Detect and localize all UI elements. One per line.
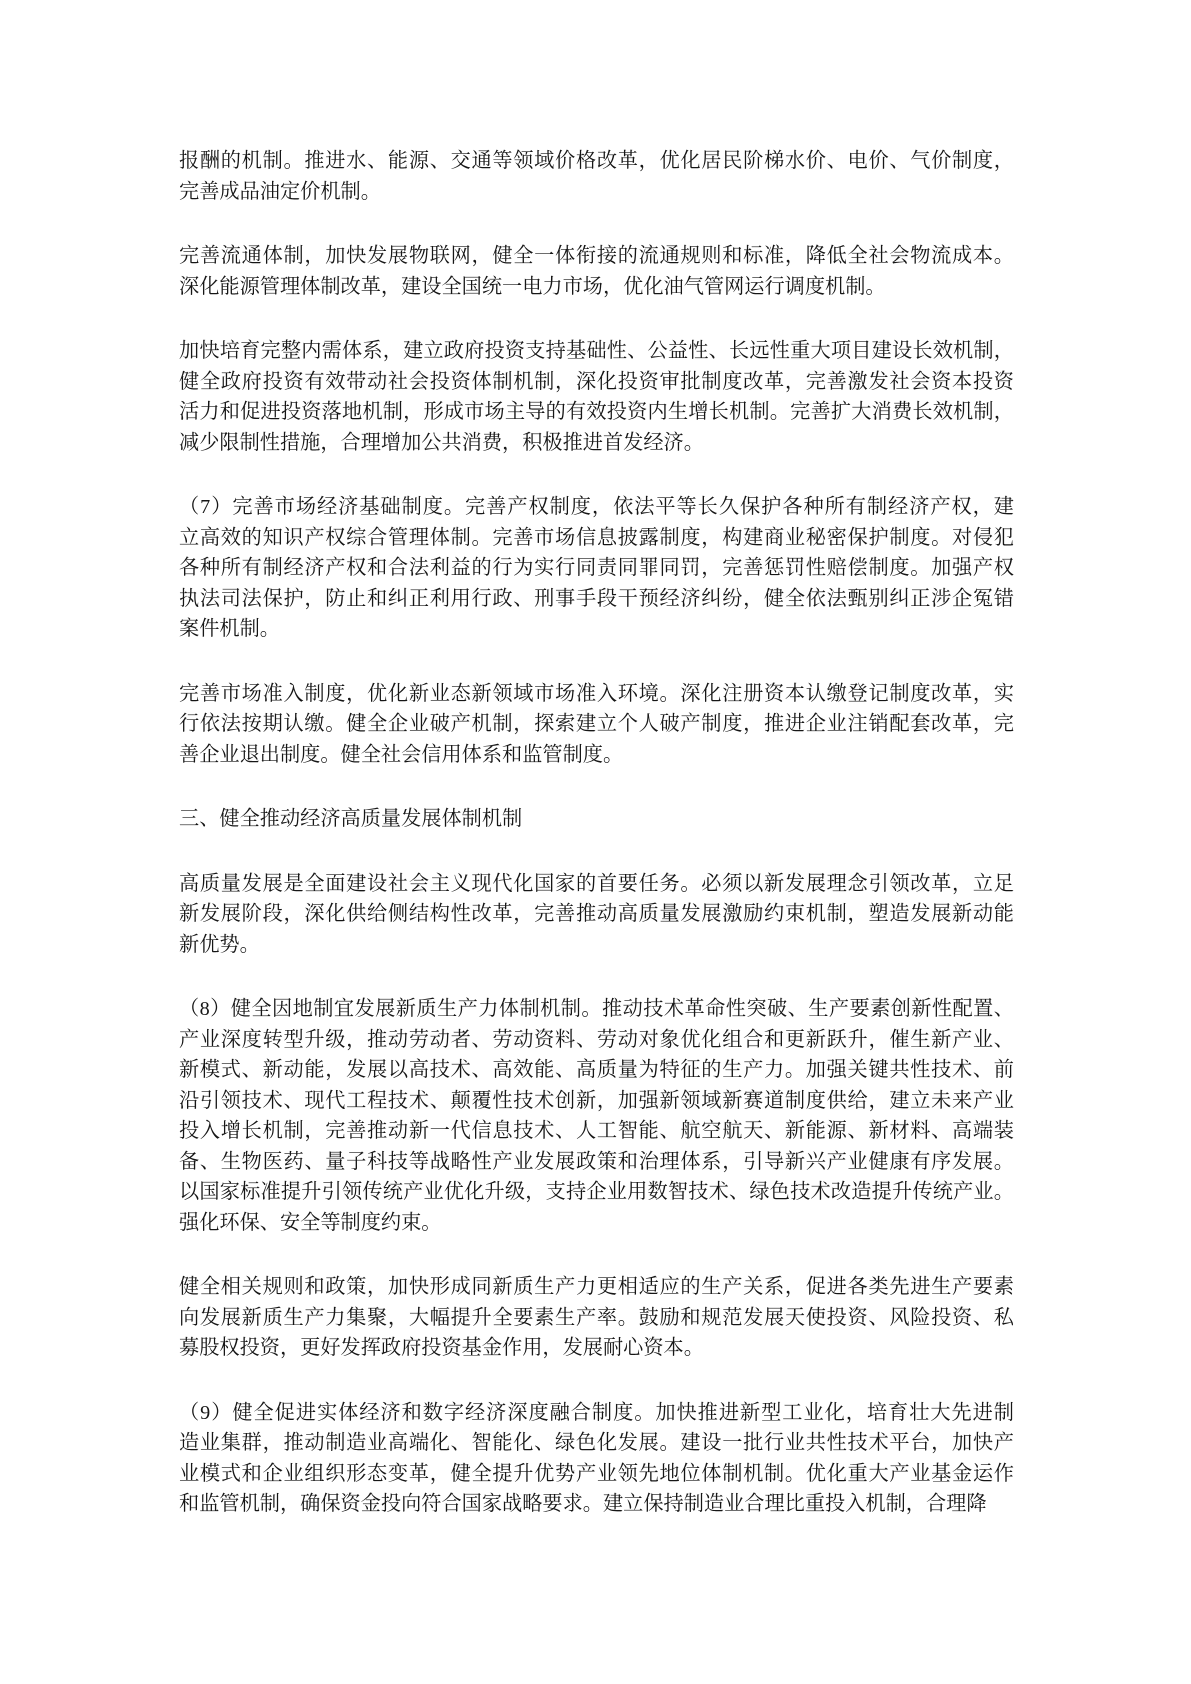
- text-line: 新优势。: [179, 930, 1014, 961]
- text-line: 报酬的机制。推进水、能源、交通等领域价格改革，优化居民阶梯水价、电价、气价制度，: [179, 146, 1014, 177]
- text-line: 高质量发展是全面建设社会主义现代化国家的首要任务。必须以新发展理念引领改革，立足: [179, 869, 1014, 900]
- text-line: 产业深度转型升级，推动劳动者、劳动资料、劳动对象优化组合和更新跃升，催生新产业、: [179, 1025, 1014, 1056]
- text-line: 和监管机制，确保资金投向符合国家战略要求。建立保持制造业合理比重投入机制，合理降: [179, 1489, 1014, 1520]
- document-body: 报酬的机制。推进水、能源、交通等领域价格改革，优化居民阶梯水价、电价、气价制度，…: [179, 146, 1014, 1520]
- text-line: 以国家标准提升引领传统产业优化升级，支持企业用数智技术、绿色技术改造提升传统产业…: [179, 1177, 1014, 1208]
- document-page: 报酬的机制。推进水、能源、交通等领域价格改革，优化居民阶梯水价、电价、气价制度，…: [0, 0, 1191, 1684]
- text-line: 造业集群，推动制造业高端化、智能化、绿色化发展。建设一批行业共性技术平台，加快产: [179, 1428, 1014, 1459]
- text-line: （7）完善市场经济基础制度。完善产权制度，依法平等长久保护各种所有制经济产权，建: [179, 492, 1014, 523]
- text-line: 投入增长机制，完善推动新一代信息技术、人工智能、航空航天、新能源、新材料、高端装: [179, 1116, 1014, 1147]
- text-line: （8）健全因地制宜发展新质生产力体制机制。推动技术革命性突破、生产要素创新性配置…: [179, 994, 1014, 1025]
- paragraph: 报酬的机制。推进水、能源、交通等领域价格改革，优化居民阶梯水价、电价、气价制度，…: [179, 146, 1014, 207]
- text-line: 立高效的知识产权综合管理体制。完善市场信息披露制度，构建商业秘密保护制度。对侵犯: [179, 523, 1014, 554]
- text-line: 健全政府投资有效带动社会投资体制机制，深化投资审批制度改革，完善激发社会资本投资: [179, 367, 1014, 398]
- text-line: 健全相关规则和政策，加快形成同新质生产力更相适应的生产关系，促进各类先进生产要素: [179, 1272, 1014, 1303]
- text-line: 执法司法保护，防止和纠正利用行政、刑事手段干预经济纠纷，健全依法甄别纠正涉企冤错: [179, 584, 1014, 615]
- text-line: 向发展新质生产力集聚，大幅提升全要素生产率。鼓励和规范发展天使投资、风险投资、私: [179, 1303, 1014, 1334]
- text-line: 业模式和企业组织形态变革，健全提升优势产业领先地位体制机制。优化重大产业基金运作: [179, 1459, 1014, 1490]
- paragraph: 完善流通体制，加快发展物联网，健全一体衔接的流通规则和标准，降低全社会物流成本。…: [179, 241, 1014, 302]
- text-line: 深化能源管理体制改革，建设全国统一电力市场，优化油气管网运行调度机制。: [179, 272, 1014, 303]
- text-line: 完善成品油定价机制。: [179, 177, 1014, 208]
- text-line: 备、生物医药、量子科技等战略性产业发展政策和治理体系，引导新兴产业健康有序发展。: [179, 1147, 1014, 1178]
- text-line: 新发展阶段，深化供给侧结构性改革，完善推动高质量发展激励约束机制，塑造发展新动能: [179, 899, 1014, 930]
- text-line: 加快培育完整内需体系，建立政府投资支持基础性、公益性、长远性重大项目建设长效机制…: [179, 336, 1014, 367]
- paragraph: 完善市场准入制度，优化新业态新领域市场准入环境。深化注册资本认缴登记制度改革，实…: [179, 679, 1014, 771]
- paragraph: 加快培育完整内需体系，建立政府投资支持基础性、公益性、长远性重大项目建设长效机制…: [179, 336, 1014, 458]
- text-line: 行依法按期认缴。健全企业破产机制，探索建立个人破产制度，推进企业注销配套改革，完: [179, 709, 1014, 740]
- section-heading: 三、健全推动经济高质量发展体制机制: [179, 804, 1014, 835]
- text-line: 善企业退出制度。健全社会信用体系和监管制度。: [179, 740, 1014, 771]
- text-line: 完善市场准入制度，优化新业态新领域市场准入环境。深化注册资本认缴登记制度改革，实: [179, 679, 1014, 710]
- paragraph: （8）健全因地制宜发展新质生产力体制机制。推动技术革命性突破、生产要素创新性配置…: [179, 994, 1014, 1238]
- text-line: 三、健全推动经济高质量发展体制机制: [179, 804, 1014, 835]
- text-line: 案件机制。: [179, 614, 1014, 645]
- paragraph: （7）完善市场经济基础制度。完善产权制度，依法平等长久保护各种所有制经济产权，建…: [179, 492, 1014, 645]
- text-line: （9）健全促进实体经济和数字经济深度融合制度。加快推进新型工业化，培育壮大先进制: [179, 1398, 1014, 1429]
- text-line: 沿引领技术、现代工程技术、颠覆性技术创新，加强新领域新赛道制度供给，建立未来产业: [179, 1086, 1014, 1117]
- text-line: 新模式、新动能，发展以高技术、高效能、高质量为特征的生产力。加强关键共性技术、前: [179, 1055, 1014, 1086]
- text-line: 各种所有制经济产权和合法利益的行为实行同责同罪同罚，完善惩罚性赔偿制度。加强产权: [179, 553, 1014, 584]
- paragraph: 高质量发展是全面建设社会主义现代化国家的首要任务。必须以新发展理念引领改革，立足…: [179, 869, 1014, 961]
- text-line: 募股权投资，更好发挥政府投资基金作用，发展耐心资本。: [179, 1333, 1014, 1364]
- text-line: 减少限制性措施，合理增加公共消费，积极推进首发经济。: [179, 428, 1014, 459]
- text-line: 强化环保、安全等制度约束。: [179, 1208, 1014, 1239]
- paragraph: （9）健全促进实体经济和数字经济深度融合制度。加快推进新型工业化，培育壮大先进制…: [179, 1398, 1014, 1520]
- paragraph: 健全相关规则和政策，加快形成同新质生产力更相适应的生产关系，促进各类先进生产要素…: [179, 1272, 1014, 1364]
- text-line: 完善流通体制，加快发展物联网，健全一体衔接的流通规则和标准，降低全社会物流成本。: [179, 241, 1014, 272]
- text-line: 活力和促进投资落地机制，形成市场主导的有效投资内生增长机制。完善扩大消费长效机制…: [179, 397, 1014, 428]
